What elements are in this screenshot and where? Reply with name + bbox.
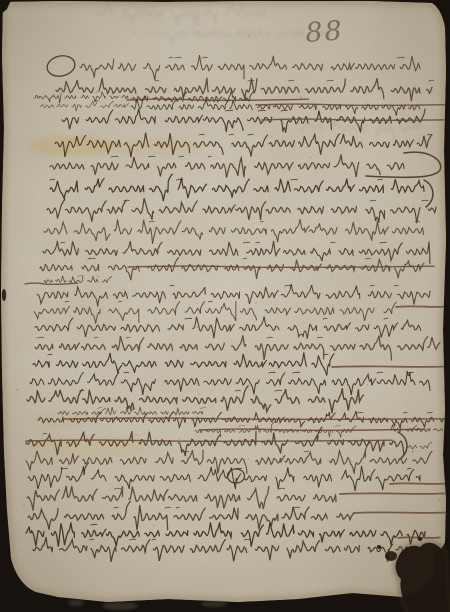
small-ink-blob [385,551,397,561]
foxing-speck [427,313,428,314]
scanner-edge-patch [102,602,138,610]
margin-rule-flourish [390,483,446,484]
foxing-speck [271,136,272,137]
manuscript-page-svg: 88 [0,0,450,612]
foxing-speck [96,275,98,277]
foxing-speck [328,479,330,481]
foxing-speck [120,483,122,485]
foxing-speck [297,305,298,306]
foxing-speck [269,422,271,424]
foxing-speck [16,389,18,391]
foxing-speck [93,595,94,596]
foxing-speck [32,472,33,473]
foxing-speck [427,260,429,262]
manuscript-scan: 88 [0,0,450,612]
foxing-speck [229,147,230,148]
small-ink-blob [377,545,381,549]
foxing-speck [136,149,138,151]
folio-number: 88 [304,15,344,49]
foxing-speck [352,352,353,353]
foxing-speck [23,504,25,506]
foxing-speck [226,133,227,134]
foxing-speck [339,94,341,96]
foxing-speck [154,437,155,438]
foxing-speck [430,281,431,282]
foxing-speck [380,431,382,433]
foxing-speck [412,450,414,452]
margin-rule-flourish [354,512,446,513]
foxing-speck [300,163,302,165]
foxing-speck [230,409,231,410]
foxing-speck [178,269,179,270]
margin-rule-flourish [332,366,447,367]
foxing-speck [351,564,352,565]
foxing-speck [390,162,391,163]
scanner-edge-patch [201,601,227,607]
foxing-speck [153,524,155,526]
foxing-speck [179,404,180,405]
foxing-speck [248,458,249,459]
foxing-speck [300,96,302,98]
foxing-speck [198,393,200,395]
foxing-speck [438,498,440,500]
foxing-speck [239,194,241,196]
small-ink-blob [418,537,423,541]
foxing-speck [80,305,81,306]
margin-rule-flourish [340,493,444,494]
foxing-speck [205,460,207,462]
margin-rule-flourish [396,306,447,307]
foxing-speck [19,50,20,51]
scanner-edge-patch [68,600,84,606]
foxing-speck [374,45,376,47]
foxing-speck [366,384,368,386]
foxing-speck [255,302,257,304]
foxing-speck [134,32,136,34]
foxing-speck [196,326,198,328]
foxing-speck [8,491,9,492]
small-ink-blob [2,289,6,301]
foxing-speck [178,438,180,440]
foxing-speck [135,434,137,436]
foxing-speck [181,257,183,259]
foxing-speck [251,336,253,338]
foxing-speck [309,156,311,158]
